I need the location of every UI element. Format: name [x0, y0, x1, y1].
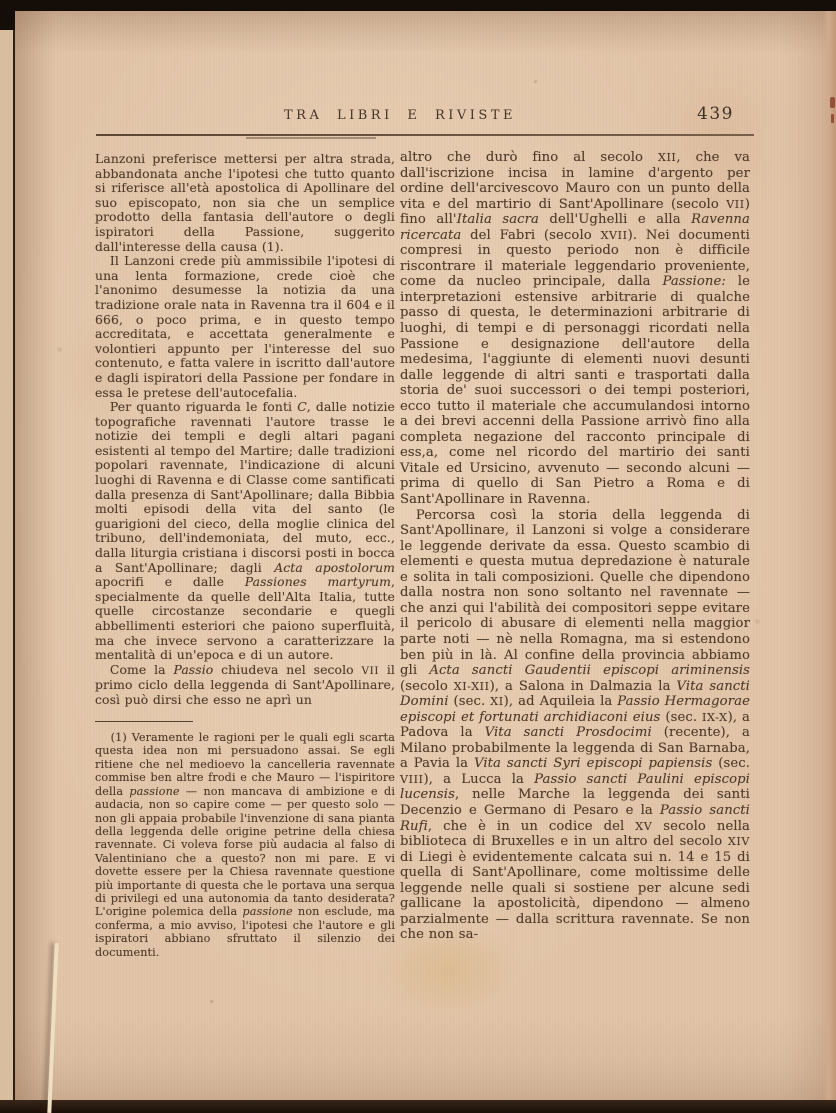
- scanned-page: TRA LIBRI E RIVISTE 439 Lanzoni preferis…: [15, 11, 836, 1100]
- page-deckle-edge: [823, 11, 836, 1100]
- under-page-edge: [0, 30, 16, 1100]
- paragraph: altro che durò fino al secolo XII, che v…: [400, 150, 750, 508]
- left-column: Lanzoni preferisce mettersi per altra st…: [95, 152, 395, 959]
- paper-specks: [15, 11, 16, 12]
- footnote-separator: [95, 721, 193, 723]
- running-head: TRA LIBRI E RIVISTE: [15, 108, 785, 123]
- under-page-corner: [47, 943, 58, 1113]
- paragraph: Come la Passio chiudeva nel secolo VII i…: [95, 663, 395, 708]
- page-number: 439: [697, 104, 734, 124]
- right-column: altro che durò fino al secolo XII, che v…: [400, 150, 750, 943]
- paragraph: Il Lanzoni crede più ammissibile l'ipote…: [95, 254, 395, 400]
- paragraph: Lanzoni preferisce mettersi per altra st…: [95, 152, 395, 254]
- header-rule: [96, 134, 754, 136]
- table-edge: [0, 1099, 836, 1113]
- footnote: (1) Veramente le ragioni per le quali eg…: [95, 731, 395, 959]
- paragraph: Per quanto riguarda le fonti C, dalle no…: [95, 400, 395, 663]
- page-edge-mark: [830, 97, 835, 108]
- book-scan: { "colors": { "paper": "#e2c5a9", "ink":…: [0, 0, 836, 1113]
- paragraph: Percorsa così la storia della leggenda d…: [400, 508, 750, 943]
